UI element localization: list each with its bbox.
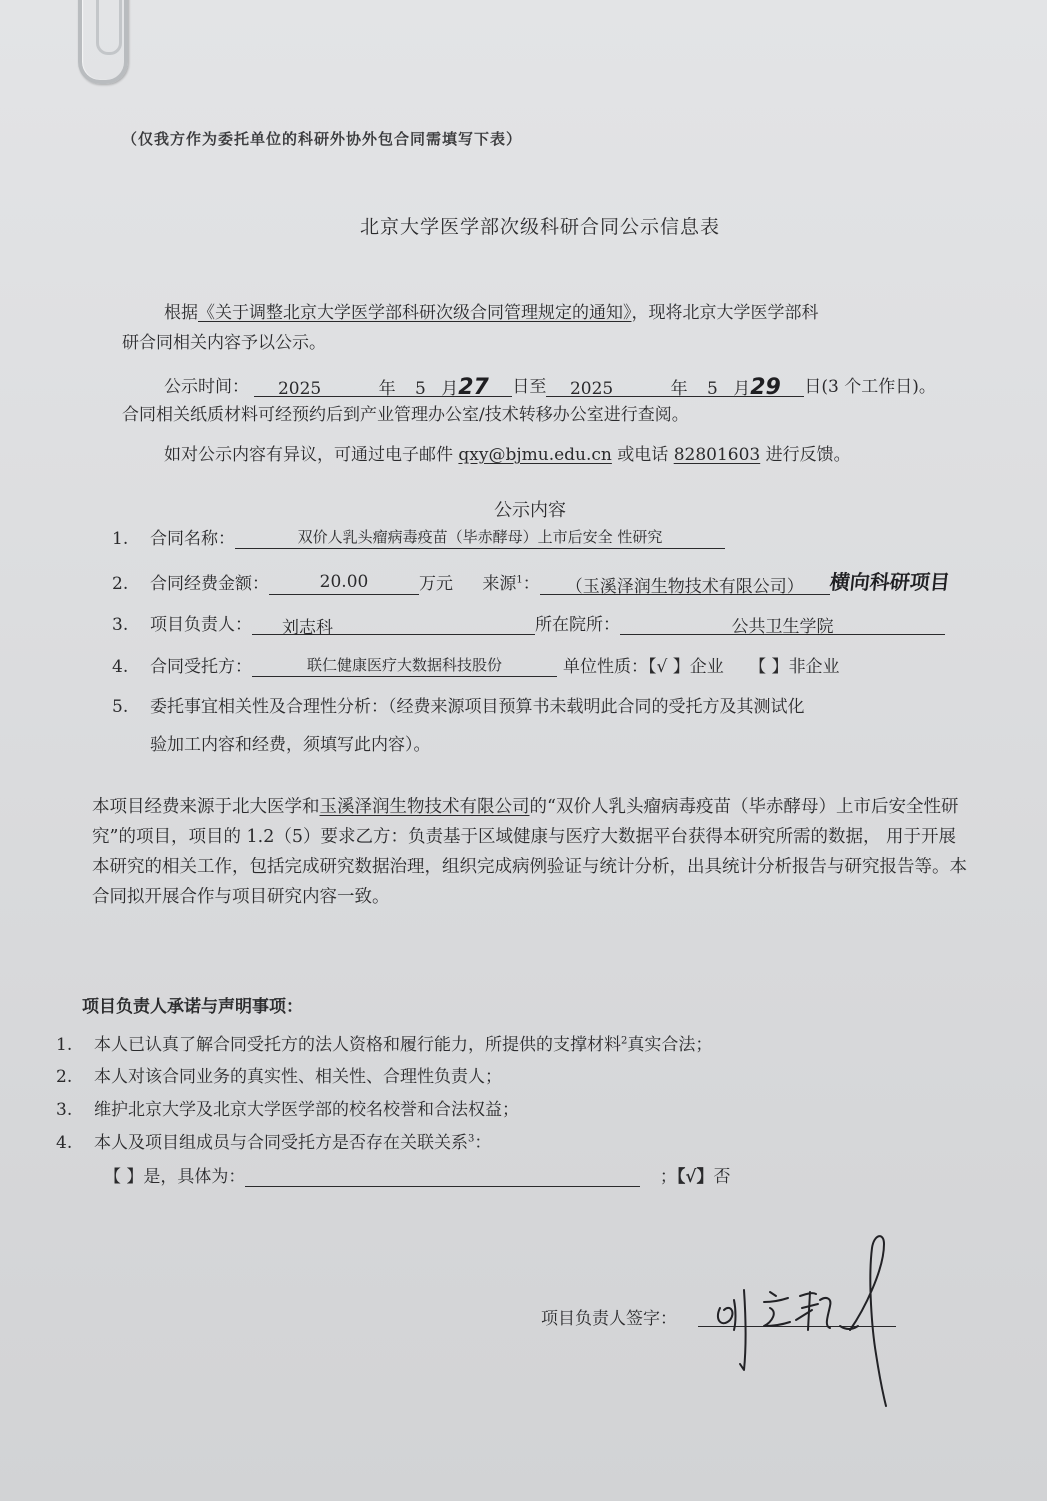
leader-value: 刘志科	[252, 613, 535, 635]
publication-period: 公示时间： 2025 年 5 月27 日至 2025 年 5 月29 日(3 个…	[164, 372, 936, 397]
page-title: 北京大学医学部次级科研合同公示信息表	[360, 212, 720, 239]
section-title: 公示内容	[494, 496, 566, 522]
item-contract-amount: 2.合同经费金额：20.00万元 来源1：（玉溪泽润生物技术有限公司）横向科研项…	[112, 566, 950, 595]
enterprise-checkbox[interactable]: 【√ 】	[648, 657, 690, 677]
item-project-leader: 3.项目负责人：刘志科所在院所：公共卫生学院	[112, 610, 945, 635]
relation-yes-checkbox[interactable]: 【 】	[104, 1167, 143, 1187]
department-value: 公共卫生学院	[620, 612, 945, 635]
start-day-handwritten: 27	[458, 375, 489, 400]
contact-phone: 82801603	[674, 445, 761, 465]
contract-name-value: 双价人乳头瘤病毒疫苗（毕赤酵母）上市后安全 性研究	[235, 526, 725, 549]
instruction-note: （仅我方作为委托单位的科研外协外包合同需填写下表）	[122, 128, 522, 149]
signature-handwriting-icon	[700, 1230, 900, 1410]
source-handwritten-note: 横向科研项目	[828, 566, 951, 595]
item-relevance-analysis: 5.委托事宜相关性及合理性分析：（经费来源项目预算书未载明此合同的受托方及其测试…	[112, 692, 805, 717]
relation-choice: 【 】是，具体为： ；【√】否	[104, 1162, 731, 1187]
signature-label: 项目负责人签字：	[541, 1304, 677, 1329]
analysis-paragraph: 本项目经费来源于北大医学和玉溪泽润生物技术有限公司的“双价人乳头瘤病毒疫苗（毕赤…	[92, 792, 972, 912]
contact-line: 如对公示内容有异议，可通过电子邮件 qxy@bjmu.edu.cn 或电话 82…	[164, 440, 851, 465]
contact-email[interactable]: qxy@bjmu.edu.cn	[458, 445, 611, 465]
intro-line-1: 根据《关于调整北京大学医学部科研次级合同管理规定的通知》，现将北京大学医学部科	[164, 298, 819, 323]
notice-link: 《关于调整北京大学医学部科研次级合同管理规定的通知》	[198, 303, 632, 323]
item-contract-name: 1.合同名称：双价人乳头瘤病毒疫苗（毕赤酵母）上市后安全 性研究	[112, 524, 725, 549]
period-label: 公示时间：	[164, 377, 249, 397]
pledge-heading: 项目负责人承诺与声明事项：	[82, 992, 303, 1017]
item-relevance-analysis-cont: 验加工内容和经费，须填写此内容）。	[150, 730, 431, 755]
non-enterprise-checkbox[interactable]: 【 】	[749, 657, 788, 677]
start-date-field: 2025 年 5 月27	[254, 374, 512, 397]
pledge-item-2: 2.本人对该合同业务的真实性、相关性、合理性负责人；	[56, 1062, 502, 1087]
funding-company: 玉溪泽润生物技术有限公司	[320, 797, 530, 817]
amount-value: 20.00	[269, 572, 419, 595]
intro-line-2: 研合同相关内容予以公示。	[122, 328, 326, 353]
pledge-item-4: 4.本人及项目组成员与合同受托方是否存在关联关系3：	[56, 1128, 491, 1153]
relation-detail-field[interactable]	[245, 1164, 640, 1187]
pledge-item-3: 3.维护北京大学及北京大学医学部的校名校誉和合法权益；	[56, 1095, 519, 1120]
document-page: （仅我方作为委托单位的科研外协外包合同需填写下表） 北京大学医学部次级科研合同公…	[0, 0, 1047, 1501]
item-contractor: 4.合同受托方：联仁健康医疗大数据科技股份单位性质：【√ 】企业 【 】非企业	[112, 652, 840, 677]
end-day-handwritten: 29	[750, 375, 781, 400]
end-date-field: 2025 年 5 月29	[546, 374, 804, 397]
contractor-value: 联仁健康医疗大数据科技股份	[252, 654, 557, 677]
pledge-item-1: 1.本人已认真了解合同受托方的法人资格和履行能力，所提供的支撑材料2真实合法；	[56, 1030, 712, 1055]
source-value: （玉溪泽润生物技术有限公司）	[540, 572, 830, 595]
materials-note: 合同相关纸质材料可经预约后到产业管理办公室/技术转移办公室进行查阅。	[122, 400, 689, 425]
relation-no-checkbox[interactable]: 【√】	[677, 1167, 714, 1187]
paperclip-inner-icon	[96, 0, 122, 55]
